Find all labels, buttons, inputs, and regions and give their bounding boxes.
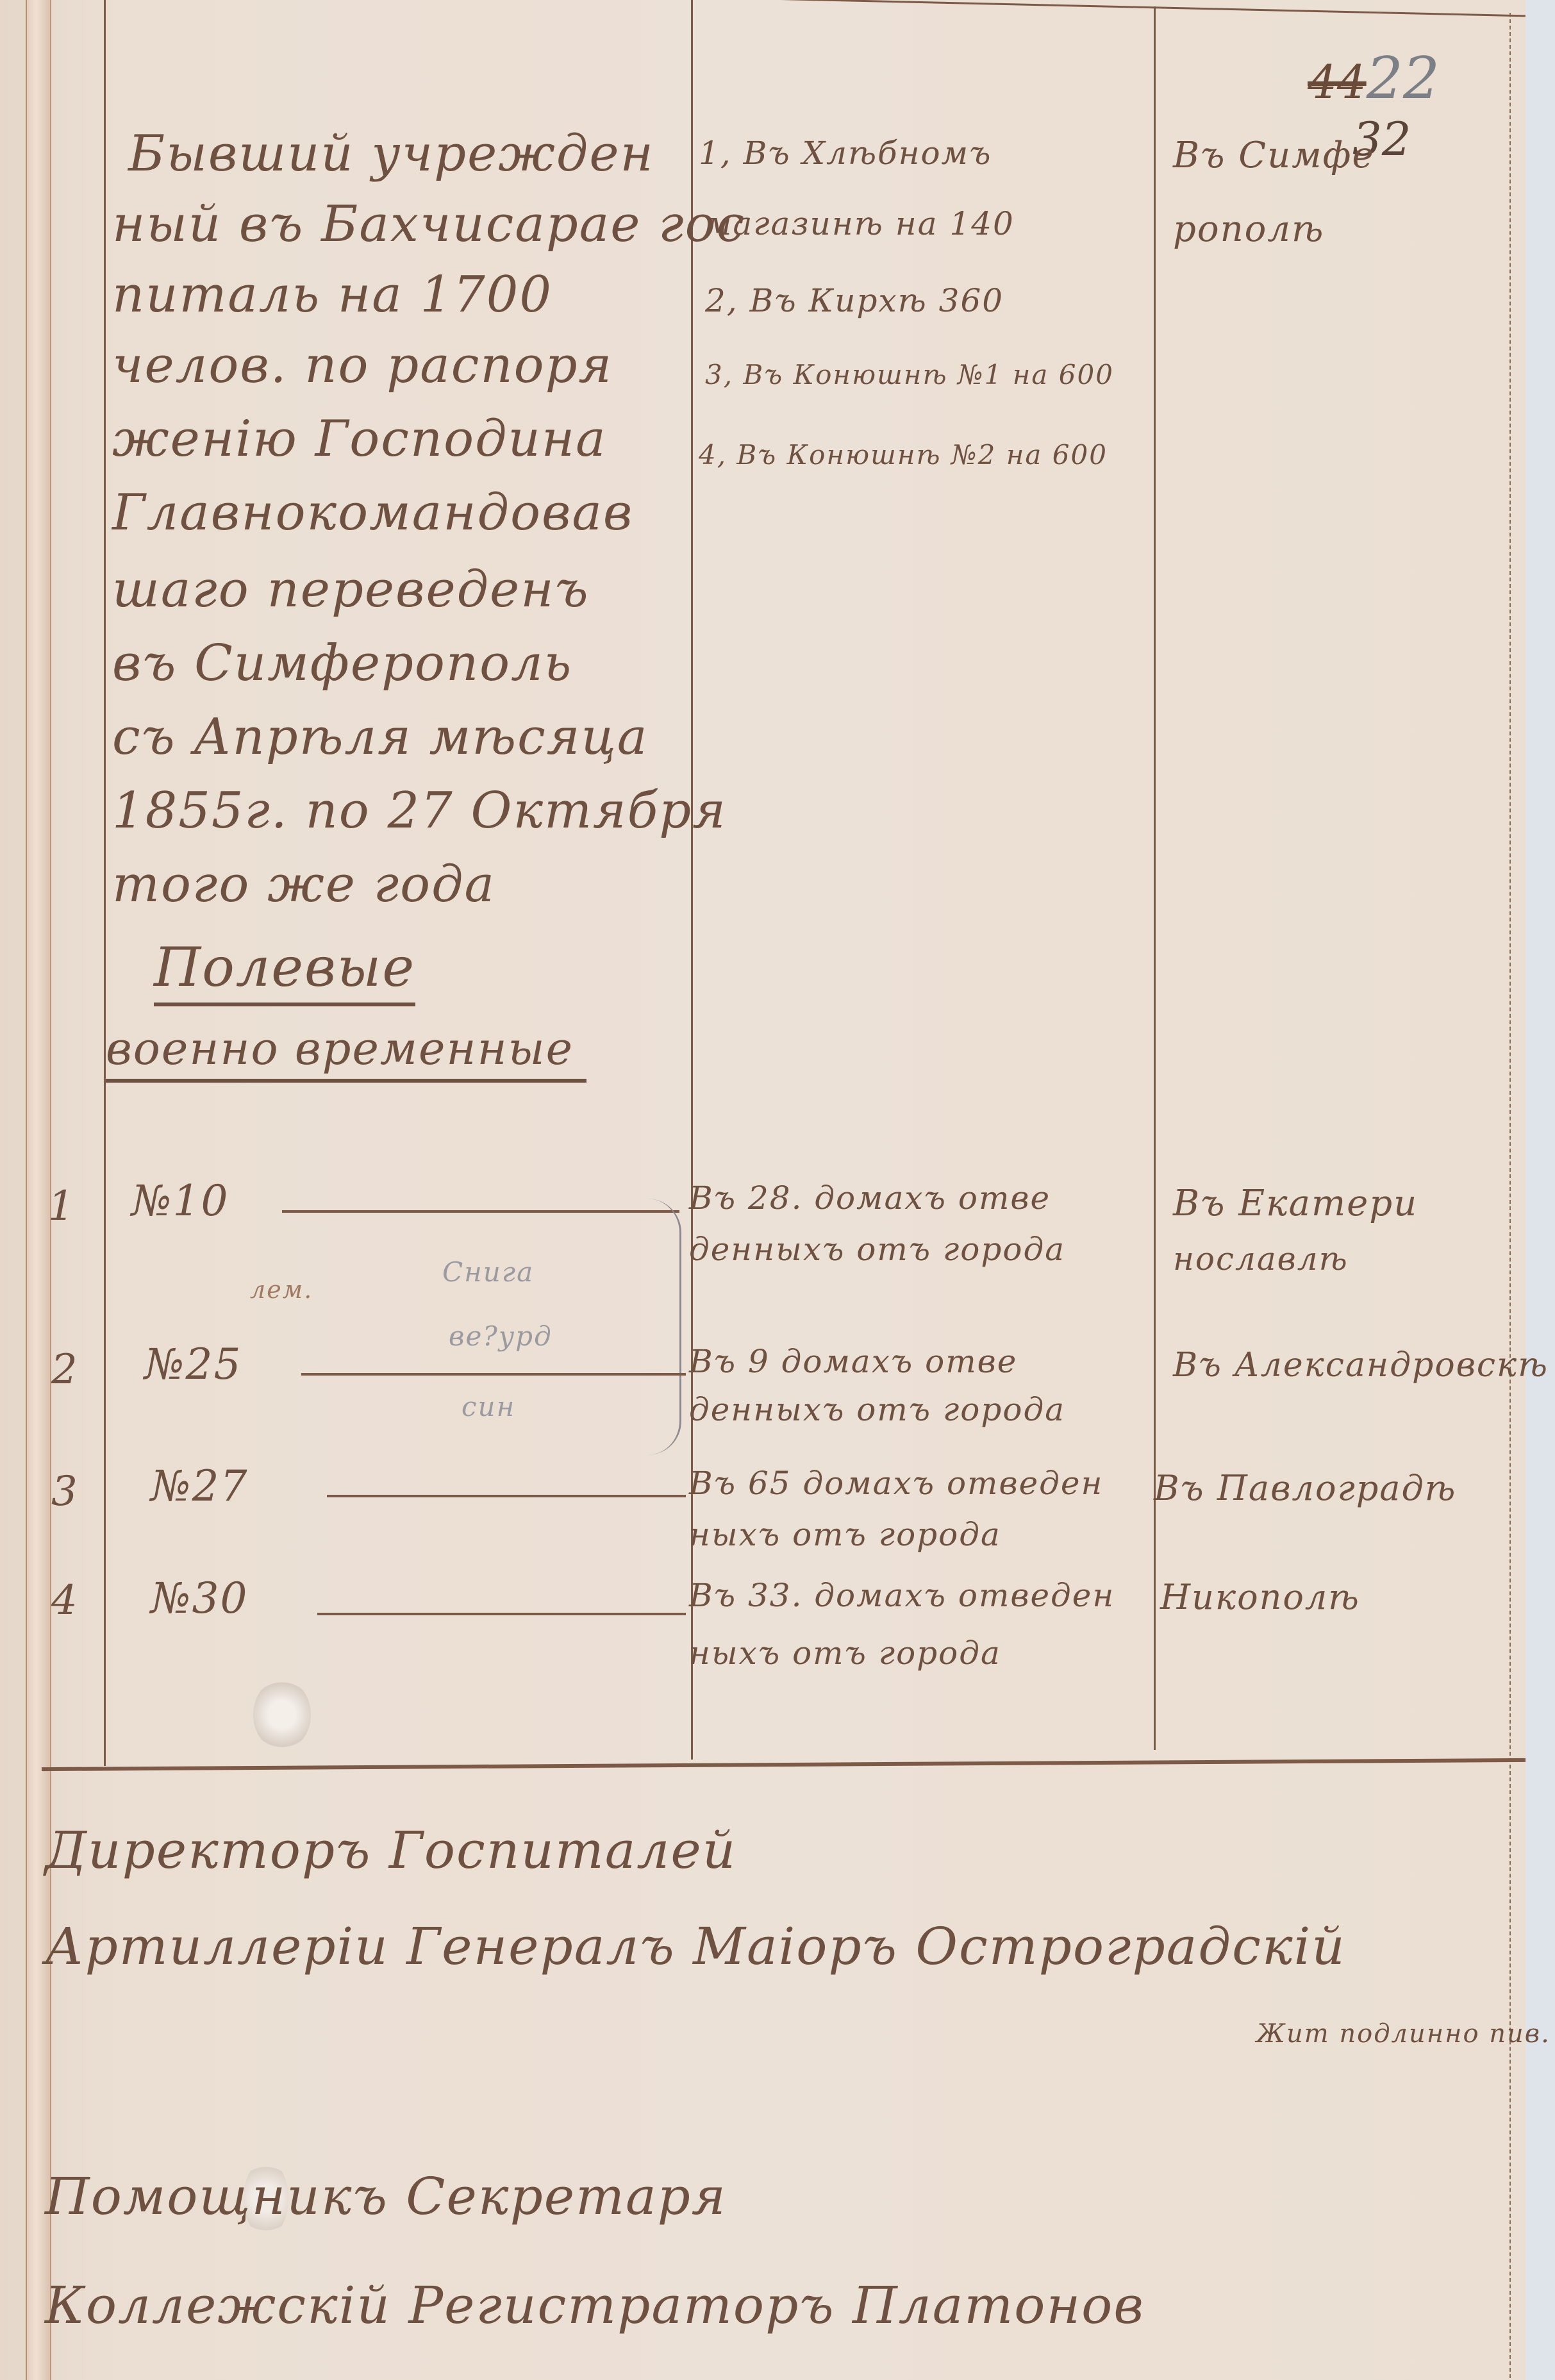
row-leader-line (327, 1495, 686, 1497)
description-line: женію Господина (112, 410, 607, 468)
section-heading-field: Полевые (154, 936, 415, 1006)
description-line: питаль на 1700 (112, 266, 553, 324)
row-city-line: Въ Александровскѣ (1173, 1346, 1549, 1385)
row-city-line: Никополѣ (1160, 1577, 1360, 1617)
paper-tear (253, 1679, 311, 1750)
description-line: Бывший учрежден (128, 125, 654, 183)
row-index: 2 (51, 1346, 79, 1394)
row-leader-line (317, 1613, 686, 1615)
row-leader-line (301, 1373, 686, 1376)
director-annotation: Жит подлинно пив. (1256, 2019, 1551, 2049)
row-hospital-number: №30 (151, 1574, 248, 1623)
pencil-margin-note: ве?урд (449, 1320, 553, 1352)
assistant-name-line: Коллежскій Регистраторъ Платонов (45, 2276, 1145, 2335)
row-city-line: Въ Павлоградѣ (1154, 1468, 1456, 1508)
location-line: 4, Въ Конюшнѣ №2 на 600 (699, 439, 1108, 470)
row-location-line: ныхъ отъ города (689, 1635, 1001, 1672)
struck-folio-number: 44 (1308, 55, 1367, 109)
director-name-line: Артиллеріи Генералъ Маіоръ Остроградскій (45, 1917, 1346, 1976)
row-location-line: Въ 65 домахъ отведен (689, 1465, 1103, 1502)
pencil-brace (647, 1199, 681, 1455)
column-rule-index (104, 0, 106, 1766)
location-line: 3, Въ Конюшнѣ №1 на 600 (705, 359, 1114, 390)
pencil-margin-note: Снига (442, 1256, 534, 1288)
row-location-line: денныхъ отъ города (689, 1231, 1065, 1268)
location-line: магазинѣ на 140 (705, 205, 1015, 242)
location-line: 1, Въ Хлѣбномъ (699, 135, 992, 172)
director-title: Директоръ Госпиталей (45, 1820, 736, 1880)
row-index: 3 (51, 1468, 79, 1515)
row-index: 4 (51, 1577, 79, 1624)
row-index: 1 (48, 1183, 76, 1230)
location-line: 2, Въ Кирхѣ 360 (705, 282, 1004, 319)
assistant-title: Помощникъ Секретаря (45, 2167, 727, 2226)
row-hospital-number: №25 (144, 1340, 242, 1389)
description-line: въ Симферополь (112, 635, 572, 692)
ink-margin-note: лем. (250, 1276, 313, 1304)
city-line: рополѣ (1173, 208, 1324, 250)
description-line: ный въ Бахчисарае гос (112, 196, 745, 253)
row-hospital-number: №27 (151, 1461, 248, 1511)
description-line: съ Апрѣля мѣсяца (112, 708, 648, 766)
description-line: того же года (112, 856, 495, 913)
row-leader-line (282, 1210, 679, 1213)
description-line: Главнокомандовав (112, 484, 633, 542)
description-line: челов. по распоря (112, 337, 613, 394)
row-location-line: денныхъ отъ города (689, 1391, 1065, 1428)
page-binding-thread (26, 0, 51, 2380)
row-hospital-number: №10 (131, 1176, 229, 1226)
row-location-line: Въ 9 домахъ отве (689, 1343, 1017, 1380)
description-line: шаго переведенъ (112, 561, 590, 619)
description-line: 1855г. по 27 Октября (112, 782, 727, 840)
row-city-line: нославлѣ (1173, 1240, 1349, 1277)
section-heading-military-temporary: военно временные (106, 1022, 586, 1083)
row-city-line: Въ Екатери (1173, 1183, 1418, 1224)
row-location-line: Въ 33. домахъ отведен (689, 1577, 1115, 1614)
pencil-folio-number: 22 (1367, 45, 1440, 112)
city-line: Въ Симфе (1173, 135, 1375, 176)
row-location-line: Въ 28. домахъ отве (689, 1179, 1051, 1217)
row-location-line: ныхъ отъ города (689, 1516, 1001, 1553)
pencil-margin-note: син (462, 1391, 515, 1422)
